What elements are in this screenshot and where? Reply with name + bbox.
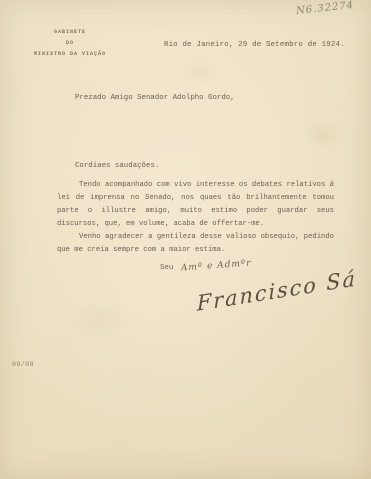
letter-body: Tendo acompanhado com vivo interesse os … (57, 179, 334, 257)
date-line: Rio de Janeiro, 29 de Setembro de 1924. (164, 41, 345, 49)
letterhead-line2: DO (24, 38, 116, 49)
bottom-left-code: 09/08 (12, 361, 34, 368)
salutation-line: Cordiaes saudações. (75, 162, 159, 170)
closing-typed: Seu (160, 264, 173, 272)
letterhead-line1: GABINETE (24, 27, 116, 38)
body-paragraph-1: Tendo acompanhado com vivo interesse os … (57, 179, 334, 231)
signature-francisco-sa: Francisco Sá (197, 268, 346, 316)
closing-line: SeuAmº e Admºr (160, 262, 252, 272)
scanned-letter-page: GABINETE DO MINISTRO DA VIAÇÃO N6.32274 … (0, 0, 371, 479)
paper-stain (300, 120, 346, 150)
paper-stain (180, 60, 220, 84)
closing-handwritten: Amº e Admºr (181, 259, 252, 274)
paper-stain (70, 300, 130, 340)
body-paragraph-2: Venho agradecer a gentileza desse valios… (57, 231, 334, 257)
recipient-line: Prezado Amigo Senador Adolpho Gordo, (75, 94, 235, 102)
letterhead-line3: MINISTRO DA VIAÇÃO (24, 49, 116, 60)
letterhead: GABINETE DO MINISTRO DA VIAÇÃO (24, 27, 116, 60)
handwritten-archive-number: N6.32274 (296, 0, 371, 17)
